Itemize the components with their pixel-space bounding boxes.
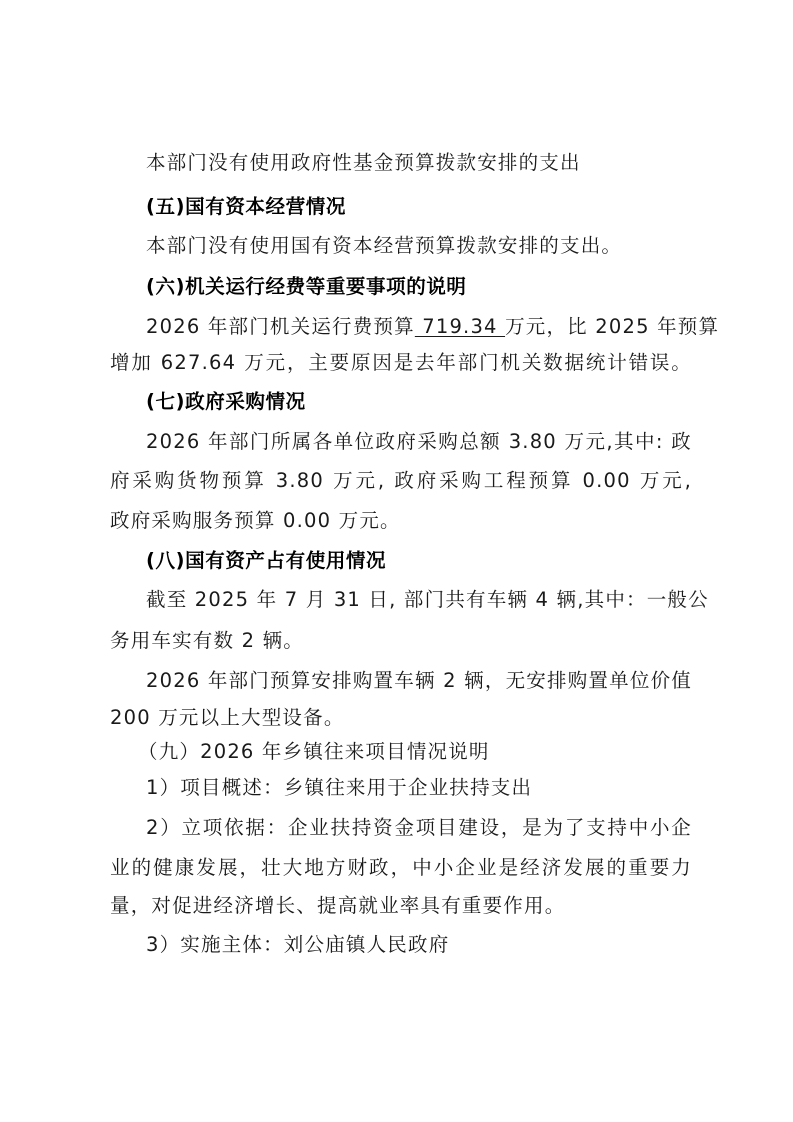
heading-procurement: (七)政府采购情况	[146, 390, 692, 414]
paragraph-operating-expenses-line2: 增加 627.64 万元，主要原因是去年部门机关数据统计错误。	[110, 351, 692, 375]
document-page: 本部门没有使用政府性基金预算拨款安排的支出 (五)国有资本经营情况 本部门没有使…	[0, 0, 793, 1122]
heading-state-assets: (八)国有资产占有使用情况	[146, 549, 692, 573]
operating-expenses-amount: 719.34	[415, 315, 505, 338]
paragraph-vehicles-line2: 务用车实有数 2 辆。	[110, 629, 692, 653]
item-project-basis-line1: 2）立项依据：企业扶持资金项目建设，是为了支持中小企	[146, 816, 692, 840]
paragraph-purchase-line1: 2026 年部门预算安排购置车辆 2 辆，无安排购置单位价值	[146, 669, 692, 693]
heading-township-projects: （九）2026 年乡镇往来项目情况说明	[138, 740, 684, 764]
paragraph-no-fund-budget: 本部门没有使用政府性基金预算拨款安排的支出	[146, 151, 692, 175]
item-implementing-body: 3）实施主体：刘公庙镇人民政府	[146, 933, 692, 957]
item-project-basis-line2: 业的健康发展，壮大地方财政，中小企业是经济发展的重要力	[110, 856, 692, 880]
operating-expenses-suffix: 万元，比 2025 年预算	[505, 315, 719, 338]
paragraph-procurement-line2: 府采购货物预算 3.80 万元, 政府采购工程预算 0.00 万元,	[110, 469, 692, 493]
heading-operating-expenses: (六)机关运行经费等重要事项的说明	[146, 275, 692, 299]
paragraph-operating-expenses-line1: 2026 年部门机关运行费预算 719.34 万元，比 2025 年预算	[146, 315, 692, 339]
operating-expenses-prefix: 2026 年部门机关运行费预算	[146, 315, 415, 338]
item-project-basis-line3: 量，对促进经济增长、提高就业率具有重要作用。	[110, 894, 692, 918]
paragraph-procurement-line1: 2026 年部门所属各单位政府采购总额 3.80 万元,其中: 政	[146, 430, 692, 454]
paragraph-purchase-line2: 200 万元以上大型设备。	[110, 706, 692, 730]
paragraph-procurement-line3: 政府采购服务预算 0.00 万元。	[110, 509, 692, 533]
heading-state-capital: (五)国有资本经营情况	[146, 195, 692, 219]
item-project-overview: 1）项目概述：乡镇往来用于企业扶持支出	[146, 776, 692, 800]
paragraph-no-state-capital: 本部门没有使用国有资本经营预算拨款安排的支出。	[146, 234, 692, 258]
paragraph-vehicles-line1: 截至 2025 年 7 月 31 日, 部门共有车辆 4 辆,其中：一般公	[146, 588, 692, 612]
